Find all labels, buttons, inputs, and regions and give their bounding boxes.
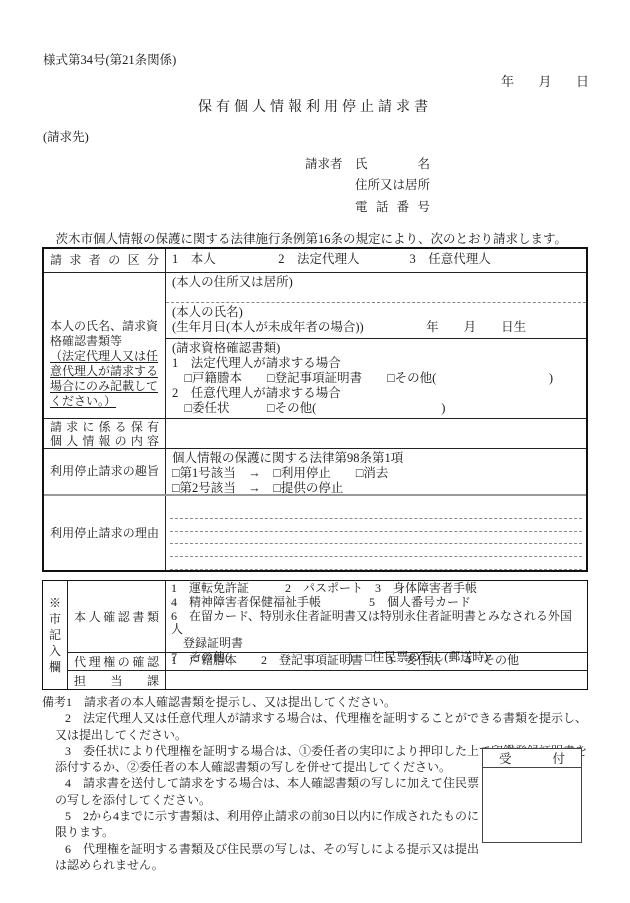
requester-block: 請求者 氏名 住所又は居所 電話番号 — [305, 152, 430, 217]
identity-docs-line: 4 精神障害者保健福祉手帳 5 個人番号カード — [171, 596, 582, 610]
remark-line: は認められません。 — [42, 857, 590, 873]
principal-name-caption: (本人の氏名) — [172, 305, 580, 320]
proxy-confirmation-content: 1 戸籍謄本 2 登記事項証明書 3 委任状 4 その他 — [166, 653, 587, 670]
identity-docs-line: 6 在留カード、特別永住者証明書又は特別永住者証明書とみなされる外国人 — [171, 610, 582, 638]
principal-label-cell: 本人の氏名、請求資格確認書類等 （法定代理人又は任意代理人が請求する場合にのみ記… — [44, 273, 166, 418]
intro-sentence: 茨木市個人情報の保護に関する法律施行条例第16条の規定により、次のとおり請求しま… — [43, 229, 603, 247]
docs-case1: 1 法定代理人が請求する場合 — [172, 356, 580, 371]
row-reason: 利用停止請求の理由 — [44, 494, 586, 570]
reception-header: 受付 — [483, 749, 581, 768]
row-purpose: 利用停止請求の趣旨 個人情報の保護に関する法律第98条第1項 □第1号該当 → … — [44, 448, 586, 494]
requester-phone-label: 電話番号 — [355, 197, 430, 215]
qualification-docs-section: (請求資格確認書類) 1 法定代理人が請求する場合 □戸籍謄本 □登記事項証明書… — [166, 339, 586, 418]
city-entry-rows: 本人確認書類 1 運転免許証 2 パスポート 3 身体障害者手帳 4 精神障害者… — [68, 581, 587, 689]
date-day-label: 日 — [576, 71, 589, 90]
requester-address-row: 住所又は居所 — [305, 174, 430, 196]
requester-name-row: 請求者 氏名 — [305, 152, 430, 174]
date-line: 年 月 日 — [501, 71, 589, 90]
identity-docs-content: 1 運転免許証 2 パスポート 3 身体障害者手帳 4 精神障害者保健福祉手帳 … — [166, 581, 587, 652]
remark-line: 又は提出してください。 — [42, 727, 590, 743]
writing-line — [170, 519, 582, 532]
info-content-label-line1: 請求に係る保有 — [50, 420, 159, 434]
docs-case1-checkboxes: □戸籍謄本 □登記事項証明書 □その他( ) — [172, 371, 580, 386]
reason-label: 利用停止請求の理由 — [50, 526, 159, 541]
writing-line — [170, 557, 582, 570]
purpose-label: 利用停止請求の趣旨 — [50, 464, 159, 479]
writing-line — [170, 544, 582, 557]
purpose-item2-checkboxes: □第2号該当 → □提供の停止 — [172, 481, 580, 496]
requester-name-label: 氏名 — [355, 154, 430, 172]
reception-label: 受付 — [499, 749, 565, 767]
reception-stamp-box: 受付 — [482, 748, 582, 843]
principal-label-main: 本人の氏名、請求資格確認書類等 — [50, 319, 159, 349]
remark-line: 2 法定代理人又は任意代理人が請求する場合は、代理権を証明することができる書類を… — [42, 710, 590, 726]
department-content-blank — [166, 671, 587, 689]
proxy-confirmation-label: 代理権の確認 — [74, 653, 159, 670]
writing-line — [170, 506, 582, 519]
principal-name-section: (本人の氏名) (生年月日(本人が未成年者の場合)) 年 月 日生 — [166, 303, 586, 339]
proxy-confirmation-label-cell: 代理権の確認 — [68, 653, 166, 670]
info-content-label-cell: 請求に係る保有 個人情報の内容 — [44, 419, 166, 448]
city-entry-table: ※市記入欄 本人確認書類 1 運転免許証 2 パスポート 3 身体障害者手帳 4… — [42, 580, 588, 690]
purpose-law-line: 個人情報の保護に関する法律第98条第1項 — [172, 451, 580, 466]
remark-line: 備考1 請求者の本人確認書類を提示し、又は提出してください。 — [42, 694, 590, 710]
date-year-label: 年 — [501, 71, 514, 90]
docs-case2: 2 任意代理人が請求する場合 — [172, 386, 580, 401]
form-number: 様式第34号(第21条関係) — [43, 50, 176, 68]
department-label-cell: 担当課 — [68, 671, 166, 689]
classification-label: 請求者の区分 — [50, 253, 159, 268]
proxy-confirmation-line: 1 戸籍謄本 2 登記事項証明書 3 委任状 4 その他 — [171, 654, 582, 668]
city-entry-side-label: ※市記入欄 — [49, 595, 62, 675]
date-month-label: 月 — [538, 71, 551, 90]
principal-content-cell: (本人の住所又は居所) (本人の氏名) (生年月日(本人が未成年者の場合)) 年… — [166, 273, 586, 418]
requester-address-label: 住所又は居所 — [355, 175, 430, 193]
identity-docs-label: 本人確認書類 — [74, 608, 159, 625]
info-content-blank — [166, 419, 586, 448]
principal-address-caption: (本人の住所又は居所) — [172, 275, 293, 289]
city-entry-side-cell: ※市記入欄 — [43, 581, 68, 689]
classification-options: 1 本人 2 法定代理人 3 任意代理人 — [166, 249, 586, 272]
requester-label: 請求者 — [305, 154, 345, 172]
reason-content — [166, 496, 586, 570]
form-page: 様式第34号(第21条関係) 年 月 日 保有個人情報利用停止請求書 (請求先)… — [0, 0, 630, 903]
purpose-item1-checkboxes: □第1号該当 → □利用停止 □消去 — [172, 466, 580, 481]
reason-label-cell: 利用停止請求の理由 — [44, 496, 166, 570]
main-table: 請求者の区分 1 本人 2 法定代理人 3 任意代理人 本人の氏名、請求資格確認… — [42, 247, 588, 572]
principal-birth-caption: (生年月日(本人が未成年者の場合)) 年 月 日生 — [172, 320, 580, 335]
row-department: 担当課 — [68, 670, 587, 689]
row-proxy-confirmation: 代理権の確認 1 戸籍謄本 2 登記事項証明書 3 委任状 4 その他 — [68, 652, 587, 670]
document-title: 保有個人情報利用停止請求書 — [0, 96, 630, 116]
row-principal-info: 本人の氏名、請求資格確認書類等 （法定代理人又は任意代理人が請求する場合にのみ記… — [44, 272, 586, 418]
docs-caption: (請求資格確認書類) — [172, 341, 580, 356]
remark-line: 6 代理権を証明する書類及び住民票の写しは、その写しによる提示又は提出 — [42, 841, 590, 857]
row-requester-classification: 請求者の区分 1 本人 2 法定代理人 3 任意代理人 — [44, 249, 586, 272]
purpose-label-cell: 利用停止請求の趣旨 — [44, 449, 166, 494]
info-content-label-line2: 個人情報の内容 — [50, 434, 159, 448]
writing-line — [170, 532, 582, 545]
addressee-label: (請求先) — [43, 127, 89, 145]
principal-address-section: (本人の住所又は居所) — [166, 273, 586, 303]
principal-label-note: （法定代理人又は任意代理人が請求する場合にのみ記載してください。） — [50, 349, 159, 409]
row-info-content: 請求に係る保有 個人情報の内容 — [44, 418, 586, 448]
identity-docs-line: 登録証明書 — [171, 637, 582, 651]
docs-case2-checkboxes: □委任状 □その他( ) — [172, 401, 580, 416]
identity-docs-label-cell: 本人確認書類 — [68, 581, 166, 652]
classification-label-cell: 請求者の区分 — [44, 249, 166, 272]
department-label: 担当課 — [74, 672, 159, 689]
row-identity-docs: 本人確認書類 1 運転免許証 2 パスポート 3 身体障害者手帳 4 精神障害者… — [68, 581, 587, 652]
requester-phone-row: 電話番号 — [305, 195, 430, 217]
identity-docs-line: 1 運転免許証 2 パスポート 3 身体障害者手帳 — [171, 582, 582, 596]
purpose-content: 個人情報の保護に関する法律第98条第1項 □第1号該当 → □利用停止 □消去 … — [166, 449, 586, 494]
